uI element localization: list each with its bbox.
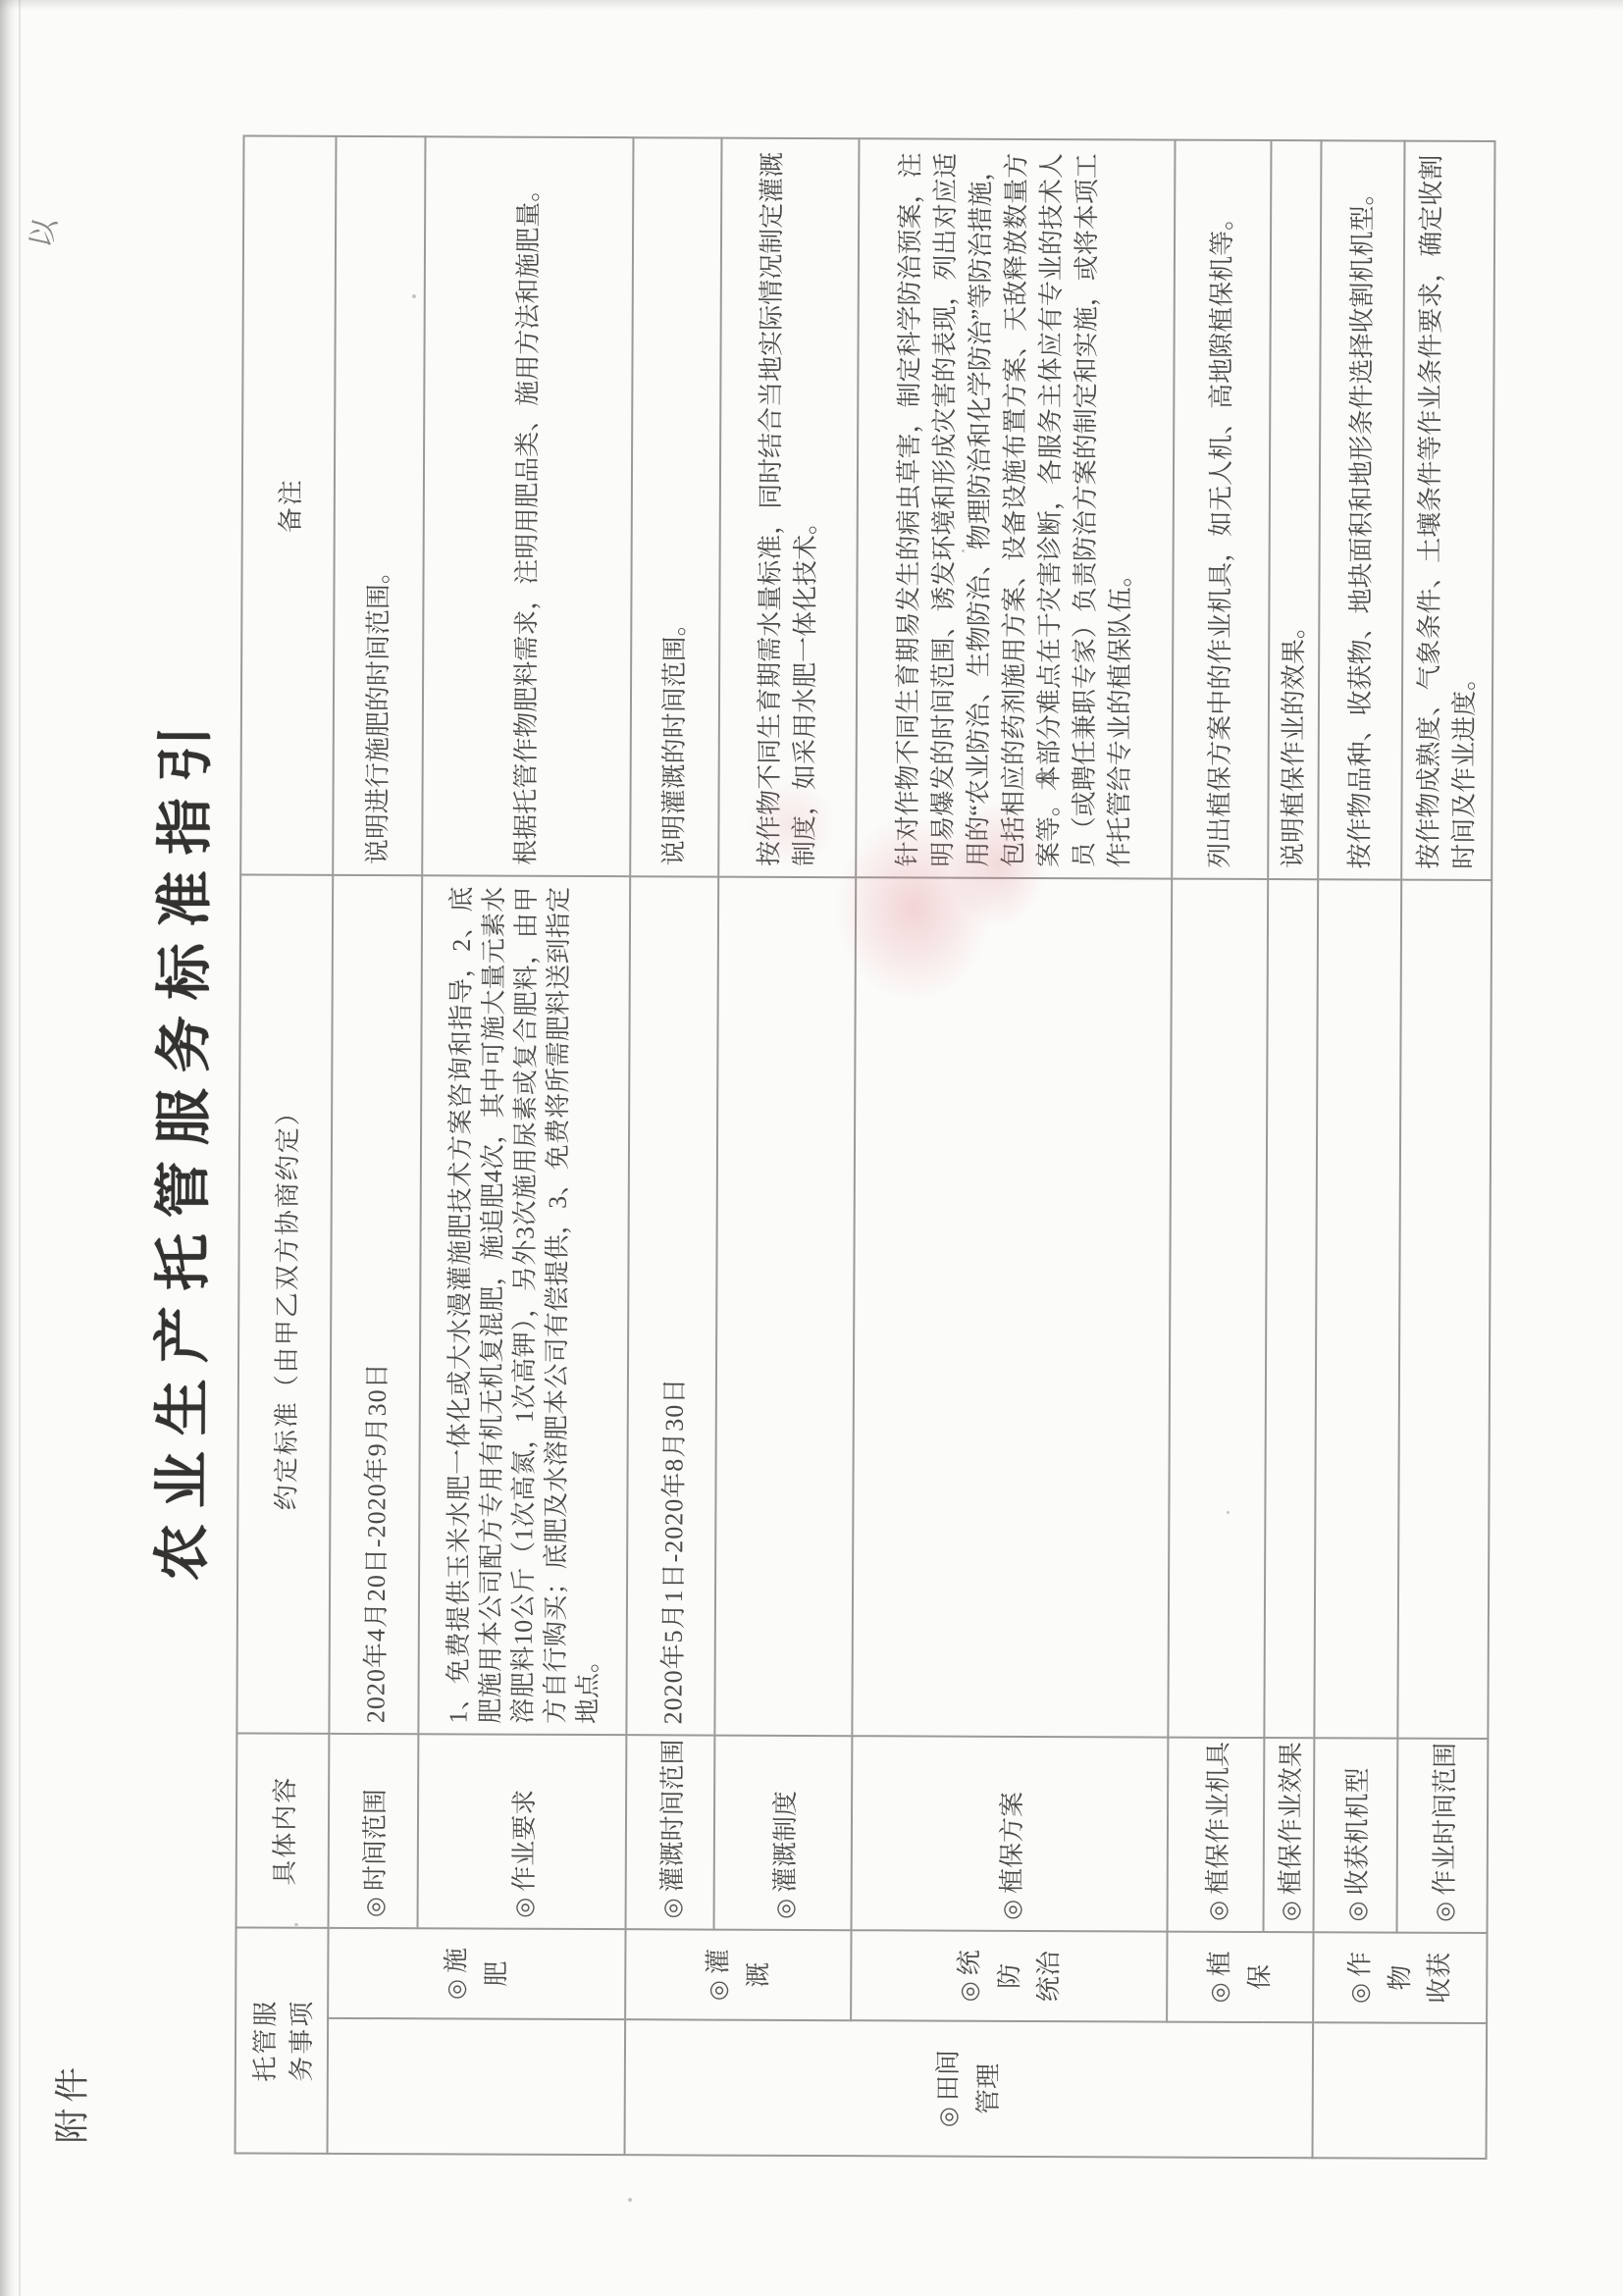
content-label: 植保作业效果 [1277, 1742, 1306, 1895]
page-number: 9 [1030, 771, 1060, 784]
rotated-landscape-page: 附件 农业生产托管服务标准指引 托管服 务事项 具体内容 约定标准（由甲乙双方协… [0, 0, 1623, 2296]
table-row: ◎作物 收获 ◎收获机机型 按作物品种、收获物、地块面积和地形条件选择收割机机型… [1313, 140, 1405, 2158]
content-label: 收获机机型 [1343, 1767, 1373, 1895]
table-row: ◎田间 管理 ◎灌溉 ◎灌溉时间范围 2020年5月1日-2020年8月30日 … [625, 137, 722, 2155]
table-row: ◎植保作业效果 说明植保作业的效果。 [1263, 140, 1322, 2158]
cell-standard-empty [1264, 879, 1318, 1738]
ring-bullet-icon: ◎ [1277, 1901, 1305, 1921]
scan-crease-line [19, 0, 21, 2296]
scan-edge-shadow-top [0, 0, 1623, 10]
cell-remark-8: 按作物品种、收获物、地块面积和地形条件选择收割机机型。 [1318, 140, 1404, 879]
ring-bullet-icon: ◎ [929, 2107, 969, 2127]
scan-speck [962, 549, 965, 552]
cell-remark-5: 针对作物不同生育期易发生的病虫草害，制定科学防治预案，注明易爆发的时间范围、诱发… [856, 138, 1175, 878]
content-label: 作业要求 [509, 1790, 538, 1892]
ring-bullet-icon: ◎ [997, 1900, 1025, 1920]
cell-standard-empty [1168, 879, 1268, 1738]
content-label: 植保方案 [997, 1792, 1025, 1894]
cell-standard-empty [714, 877, 856, 1737]
table-row: ◎作业要求 1、免费提供玉米水肥一体化或大水漫灌施肥技术方案咨询和指导，2、底肥… [417, 136, 634, 2155]
cell-remark-4: 按作物不同生育期需水量标准，同时结合当地实际情况制定灌溉制度，如采用水肥一体化技… [718, 138, 859, 878]
cell-content-pp-effect: ◎植保作业效果 [1264, 1738, 1315, 1932]
scan-speck [1227, 1511, 1230, 1514]
landscape-content: 附件 农业生产托管服务标准指引 托管服 务事项 具体内容 约定标准（由甲乙双方协… [0, 0, 1623, 2296]
cell-standard-fertilization-terms: 1、免费提供玉米水肥一体化或大水漫灌施肥技术方案咨询和指导，2、底肥施用本公司配… [418, 875, 630, 1735]
scan-edge-shadow [0, 0, 16, 2296]
cell-group-empty-2 [1313, 2022, 1488, 2159]
content-label: 作业时间范围 [1430, 1743, 1459, 1896]
scan-speck [412, 294, 416, 298]
table-header-row: 托管服 务事项 具体内容 约定标准（由甲乙双方协商约定） 备注 [236, 135, 337, 2153]
scan-speck [294, 1923, 298, 1926]
ring-bullet-icon: ◎ [1430, 1902, 1458, 1922]
ring-bullet-icon: ◎ [1203, 1901, 1231, 1921]
ring-bullet-icon: ◎ [950, 1981, 989, 2002]
cell-content-plant-protection-plan: ◎植保方案 [852, 1736, 1169, 1931]
group-label: 田间 管理 [934, 2050, 1003, 2114]
cell-remark-1: 说明进行施肥的时间范围。 [333, 136, 425, 875]
scanned-page: 附件 农业生产托管服务标准指引 托管服 务事项 具体内容 约定标准（由甲乙双方协… [0, 0, 1623, 2296]
ring-bullet-icon: ◎ [699, 1980, 738, 2001]
cell-standard-empty [1397, 880, 1492, 1739]
ring-bullet-icon: ◎ [509, 1898, 538, 1918]
table-row: ◎施肥 ◎时间范围 2020年4月20日-2020年9月30日 说明进行施肥的时… [328, 136, 426, 2154]
ring-bullet-icon: ◎ [361, 1897, 390, 1917]
cell-service-plant-protection: ◎植保 [1167, 1932, 1313, 2023]
cell-remark-2: 根据托管作物肥料需求，注明用肥品类、施用方法和施肥量。 [422, 136, 633, 876]
cell-content-irrigation-system: ◎灌溉制度 [714, 1736, 853, 1931]
cell-remark-3: 说明灌溉的时间范围。 [630, 137, 721, 876]
table-row: ◎统防 统治 ◎植保方案 针对作物不同生育期易发生的病虫草害，制定科学防治预案，… [851, 138, 1176, 2157]
cell-content-work-time-range: ◎作业时间范围 [1397, 1739, 1489, 1933]
header-service-items: 托管服 务事项 [236, 1927, 329, 2153]
table-row: ◎灌溉制度 按作物不同生育期需水量标准，同时结合当地实际情况制定灌溉制度，如采用… [713, 138, 860, 2157]
cell-service-unified-control: ◎统防 统治 [851, 1930, 1167, 2021]
cell-content-pp-machinery: ◎植保作业机具 [1168, 1738, 1265, 1932]
table-row: ◎作业时间范围 按作物成熟度、气象条件、土壤条件等作业条件要求，确定收割时间及作… [1396, 141, 1495, 2159]
header-agreed-standard: 约定标准（由甲乙双方协商约定） [236, 874, 333, 1733]
cell-standard-empty [852, 877, 1172, 1737]
service-standard-table: 托管服 务事项 具体内容 约定标准（由甲乙双方协商约定） 备注 ◎施肥 ◎时间范… [235, 134, 1496, 2160]
content-label: 灌溉时间范围 [657, 1739, 687, 1892]
attachment-label: 附件 [45, 2061, 95, 2144]
header-specific-content: 具体内容 [236, 1733, 330, 1927]
page-title: 农业生产托管服务标准指引 [132, 0, 225, 2293]
cell-standard-empty [1314, 879, 1401, 1738]
scan-speck [628, 2198, 632, 2202]
cell-group-empty-1 [328, 2018, 626, 2155]
cell-remark-7: 说明植保作业的效果。 [1268, 140, 1321, 879]
cell-service-crop-harvest: ◎作物 收获 [1313, 1932, 1487, 2023]
cell-remark-6: 列出植保方案中的作业机具，如无人机、高地隙植保机等。 [1172, 140, 1271, 879]
cell-content-harvester-model: ◎收获机机型 [1314, 1738, 1398, 1932]
cell-service-fertilization: ◎施肥 [328, 1928, 625, 2019]
cell-content-irrigation-time: ◎灌溉时间范围 [626, 1735, 715, 1929]
ring-bullet-icon: ◎ [1340, 1983, 1380, 2004]
content-label: 灌溉制度 [770, 1791, 799, 1893]
ring-bullet-icon: ◎ [437, 1979, 476, 2000]
cell-remark-9: 按作物成熟度、气象条件、土壤条件等作业条件要求，确定收割时间及作业进度。 [1401, 141, 1494, 880]
cell-standard-date-1: 2020年4月20日-2020年9月30日 [329, 875, 422, 1734]
cell-content-work-requirements: ◎作业要求 [418, 1734, 627, 1929]
content-label: 植保作业机具 [1203, 1742, 1232, 1895]
ring-bullet-icon: ◎ [770, 1899, 799, 1919]
pen-scribble-mark: 以 [17, 188, 67, 250]
ring-bullet-icon: ◎ [1200, 1982, 1239, 2003]
ring-bullet-icon: ◎ [1343, 1901, 1372, 1921]
cell-service-irrigation: ◎灌溉 [625, 1929, 851, 2020]
header-remark: 备注 [240, 135, 336, 874]
cell-standard-date-2: 2020年5月1日-2020年8月30日 [626, 876, 718, 1735]
cell-group-field-management: ◎田间 管理 [625, 2019, 1314, 2158]
table-row: ◎植保 ◎植保作业机具 列出植保方案中的作业机具，如无人机、高地隙植保机等。 [1167, 140, 1272, 2158]
content-label: 时间范围 [361, 1789, 390, 1891]
ring-bullet-icon: ◎ [657, 1898, 686, 1918]
cell-content-time-range: ◎时间范围 [329, 1734, 419, 1928]
